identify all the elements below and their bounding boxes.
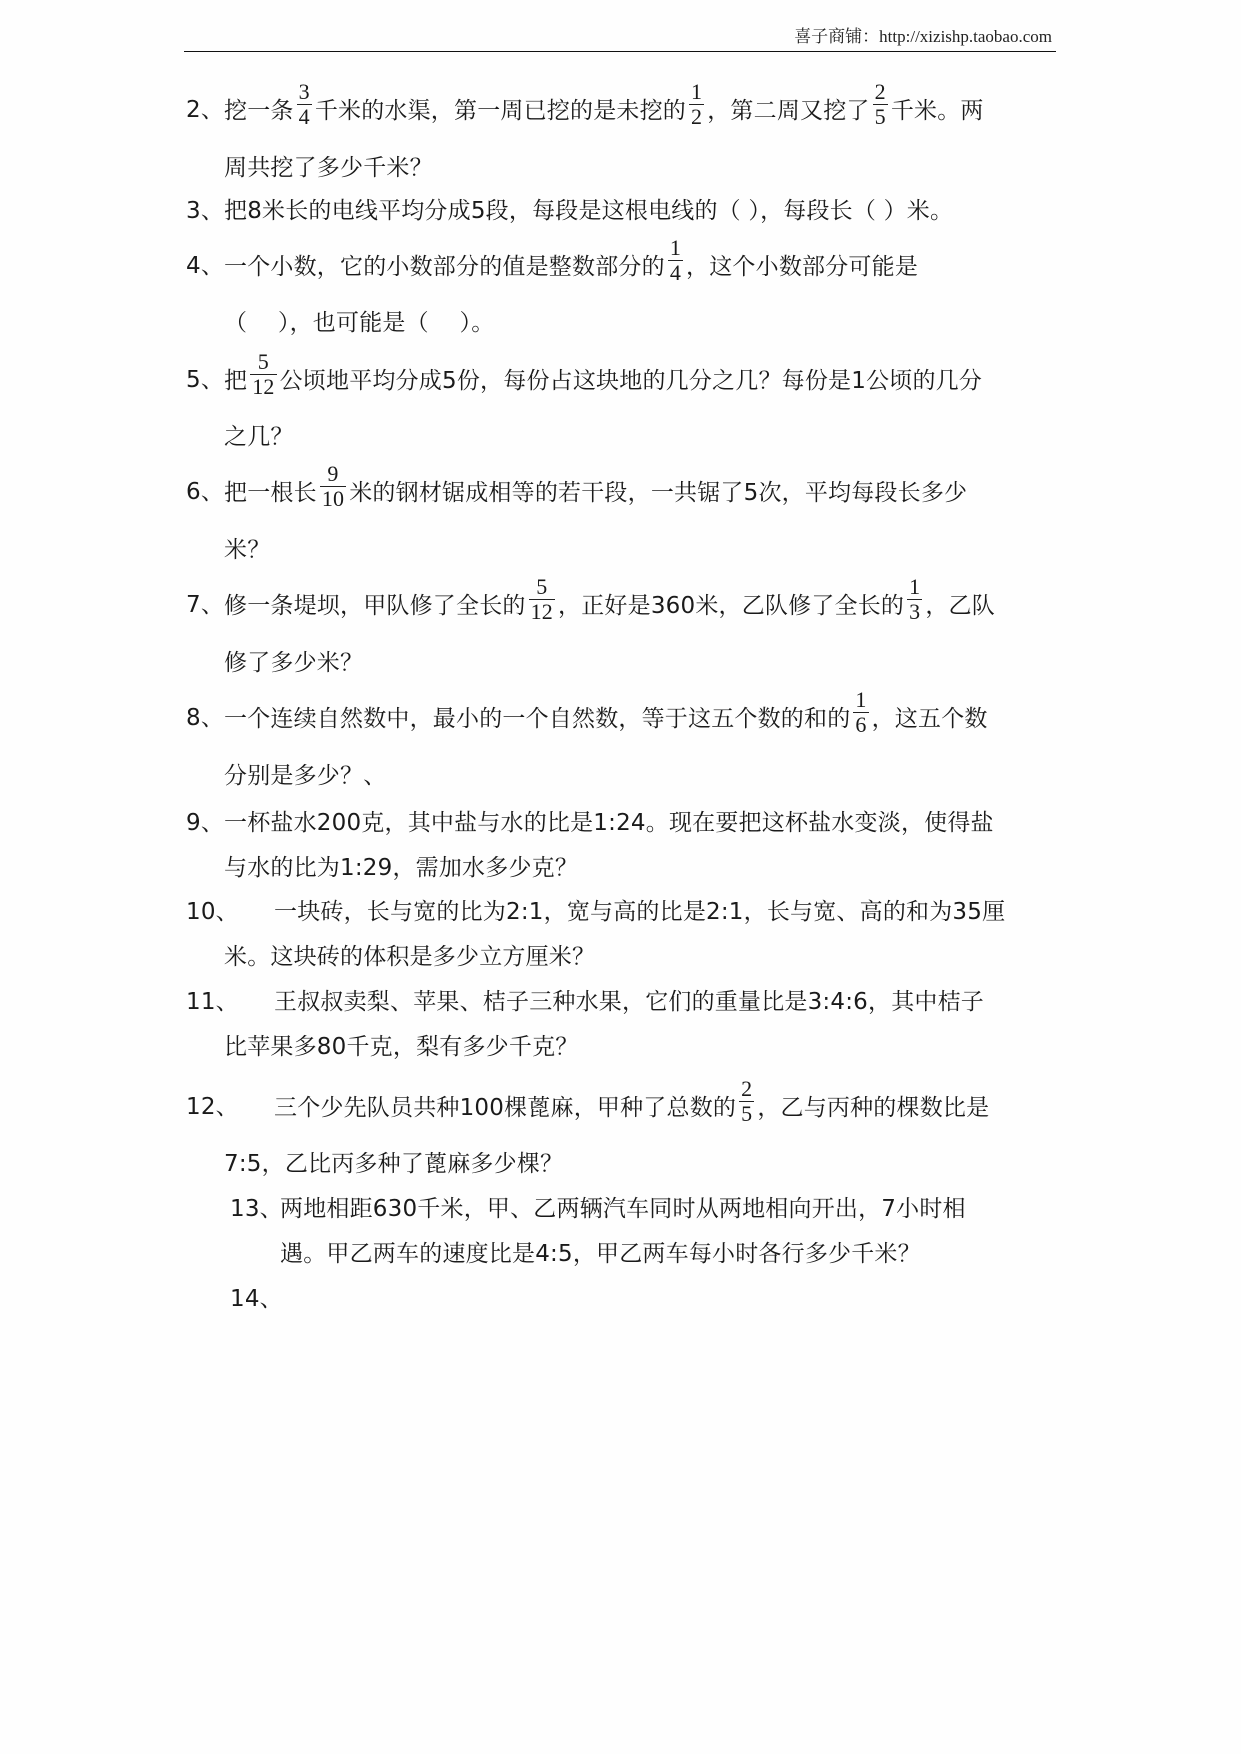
text-segment: 修一条堤坝，甲队修了全长的 (224, 593, 526, 619)
question-text-line: 一杯盐水200克，其中盐与水的比是1:24。现在要把这杯盐水变淡，使得盐 (224, 808, 994, 838)
fraction-denominator: 12 (250, 376, 276, 398)
question-number: 3、 (186, 196, 224, 226)
fraction-denominator: 10 (320, 488, 346, 510)
text-segment: 把8米长的电线平均分成5段，每段是这根电线的（ ），每段长（ ）米。 (224, 198, 953, 224)
question-text-line: 一个连续自然数中，最小的一个自然数，等于这五个数的和的16，这五个数 (224, 703, 988, 736)
question-text-line: 王叔叔卖梨、苹果、桔子三种水果，它们的重量比是3:4:6，其中桔子 (274, 987, 984, 1017)
question-text-line: 比苹果多80千克，梨有多少千克？ (224, 1032, 578, 1062)
fraction-numerator: 1 (668, 237, 683, 259)
fraction: 34 (297, 81, 312, 128)
question-text-line: 米？ (224, 535, 270, 565)
fraction-denominator: 2 (689, 106, 704, 128)
question-text-line: 修了多少米？ (224, 648, 363, 678)
question-number: 6、 (186, 477, 224, 507)
fraction: 512 (529, 576, 555, 623)
question-text-line: 两地相距630千米，甲、乙两辆汽车同时从两地相向开出，7小时相 (280, 1194, 966, 1224)
question-text-line: （ ），也可能是（ ）。 (224, 308, 494, 338)
text-segment: 之几？ (224, 424, 294, 450)
text-segment: 千米。两 (891, 98, 984, 124)
question-text-line: 7:5，乙比丙多种了蓖麻多少棵？ (224, 1149, 563, 1179)
question-text-line: 一块砖，长与宽的比为2:1，宽与高的比是2:1，长与宽、高的和为35厘 (274, 897, 1005, 927)
fraction-denominator: 3 (907, 601, 922, 623)
text-segment: 公顷地平均分成5份，每份占这块地的几分之几？每份是1公顷的几分 (280, 368, 982, 394)
question-text-line: 三个少先队员共种100棵蓖麻，甲种了总数的25，乙与丙种的棵数比是 (274, 1092, 989, 1125)
question-text-line: 分别是多少？、 (224, 761, 386, 791)
text-segment: （ ），也可能是（ ）。 (224, 310, 494, 336)
fraction-denominator: 5 (739, 1103, 754, 1125)
fraction-denominator: 12 (529, 601, 555, 623)
question-text-line: 与水的比为1:29，需加水多少克？ (224, 853, 578, 883)
text-segment: 三个少先队员共种100棵蓖麻，甲种了总数的 (274, 1095, 736, 1121)
fraction-numerator: 1 (907, 576, 922, 598)
fraction-denominator: 5 (873, 106, 888, 128)
header-shop-text: 喜子商铺：http://xizishp.taobao.com (794, 22, 1052, 47)
question-number: 2、 (186, 95, 224, 125)
question-text-line: 把一根长910米的钢材锯成相等的若干段，一共锯了5次，平均每段长多少 (224, 477, 967, 510)
text-segment: 米？ (224, 537, 270, 563)
fraction: 12 (689, 81, 704, 128)
text-segment: 王叔叔卖梨、苹果、桔子三种水果，它们的重量比是3:4:6，其中桔子 (274, 989, 984, 1015)
text-segment: 修了多少米？ (224, 650, 363, 676)
text-segment: ，正好是360米，乙队修了全长的 (558, 593, 904, 619)
fraction: 25 (873, 81, 888, 128)
text-segment: 挖一条 (224, 98, 294, 124)
text-segment: ，这五个数 (872, 706, 988, 732)
fraction-numerator: 2 (739, 1078, 754, 1100)
text-segment: 一个连续自然数中，最小的一个自然数，等于这五个数的和的 (224, 706, 850, 732)
question-text-line: 周共挖了多少千米？ (224, 153, 433, 183)
question-number: 9、 (186, 808, 224, 838)
question-text-line: 米。这块砖的体积是多少立方厘米？ (224, 942, 595, 972)
fraction-denominator: 6 (853, 714, 868, 736)
text-segment: 两地相距630千米，甲、乙两辆汽车同时从两地相向开出，7小时相 (280, 1196, 966, 1222)
fraction: 25 (739, 1078, 754, 1125)
fraction: 512 (250, 351, 276, 398)
text-segment: 一块砖，长与宽的比为2:1，宽与高的比是2:1，长与宽、高的和为35厘 (274, 899, 1005, 925)
text-segment: 周共挖了多少千米？ (224, 155, 433, 181)
question-number: 13、 (230, 1194, 283, 1224)
question-text-line: 挖一条34千米的水渠，第一周已挖的是未挖的12，第二周又挖了25千米。两 (224, 95, 984, 128)
fraction: 14 (668, 237, 683, 284)
text-segment: 把一根长 (224, 480, 317, 506)
text-segment: ，第二周又挖了 (707, 98, 869, 124)
fraction-numerator: 9 (325, 463, 340, 485)
text-segment: 把 (224, 368, 247, 394)
text-segment: ，乙与丙种的棵数比是 (757, 1095, 989, 1121)
fraction-numerator: 1 (853, 689, 868, 711)
fraction-numerator: 5 (256, 351, 271, 373)
fraction-numerator: 3 (297, 81, 312, 103)
fraction: 910 (320, 463, 346, 510)
question-text-line: 把8米长的电线平均分成5段，每段是这根电线的（ ），每段长（ ）米。 (224, 196, 953, 226)
text-segment: 与水的比为1:29，需加水多少克？ (224, 855, 578, 881)
fraction-numerator: 2 (873, 81, 888, 103)
text-segment: 米。这块砖的体积是多少立方厘米？ (224, 944, 595, 970)
question-text-line: 遇。甲乙两车的速度比是4:5，甲乙两车每小时各行多少千米？ (280, 1239, 921, 1269)
question-number: 10、 (186, 897, 239, 927)
text-segment: 遇。甲乙两车的速度比是4:5，甲乙两车每小时各行多少千米？ (280, 1241, 921, 1267)
question-number: 14、 (230, 1284, 283, 1314)
text-segment: 7:5，乙比丙多种了蓖麻多少棵？ (224, 1151, 563, 1177)
question-text-line: 一个小数，它的小数部分的值是整数部分的14，这个小数部分可能是 (224, 251, 918, 284)
text-segment: 米的钢材锯成相等的若干段，一共锯了5次，平均每段长多少 (349, 480, 967, 506)
text-segment: 比苹果多80千克，梨有多少千克？ (224, 1034, 578, 1060)
question-text-line: 修一条堤坝，甲队修了全长的512，正好是360米，乙队修了全长的13，乙队 (224, 590, 995, 623)
question-text-line: 把512公顷地平均分成5份，每份占这块地的几分之几？每份是1公顷的几分 (224, 365, 982, 398)
text-segment: 一个小数，它的小数部分的值是整数部分的 (224, 254, 665, 280)
text-segment: ，乙队 (925, 593, 995, 619)
page-header: 喜子商铺：http://xizishp.taobao.com (184, 18, 1056, 52)
text-segment: 千米的水渠，第一周已挖的是未挖的 (315, 98, 686, 124)
text-segment: 一杯盐水200克，其中盐与水的比是1:24。现在要把这杯盐水变淡，使得盐 (224, 810, 994, 836)
question-number: 11、 (186, 987, 239, 1017)
text-segment: ，这个小数部分可能是 (686, 254, 918, 280)
fraction-denominator: 4 (297, 106, 312, 128)
question-number: 4、 (186, 251, 224, 281)
question-number: 12、 (186, 1092, 239, 1122)
question-number: 7、 (186, 590, 224, 620)
question-text-line: 之几？ (224, 422, 294, 452)
fraction: 13 (907, 576, 922, 623)
fraction-denominator: 4 (668, 262, 683, 284)
text-segment: 分别是多少？、 (224, 763, 386, 789)
question-number: 5、 (186, 365, 224, 395)
fraction: 16 (853, 689, 868, 736)
fraction-numerator: 5 (534, 576, 549, 598)
fraction-numerator: 1 (689, 81, 704, 103)
question-number: 8、 (186, 703, 224, 733)
